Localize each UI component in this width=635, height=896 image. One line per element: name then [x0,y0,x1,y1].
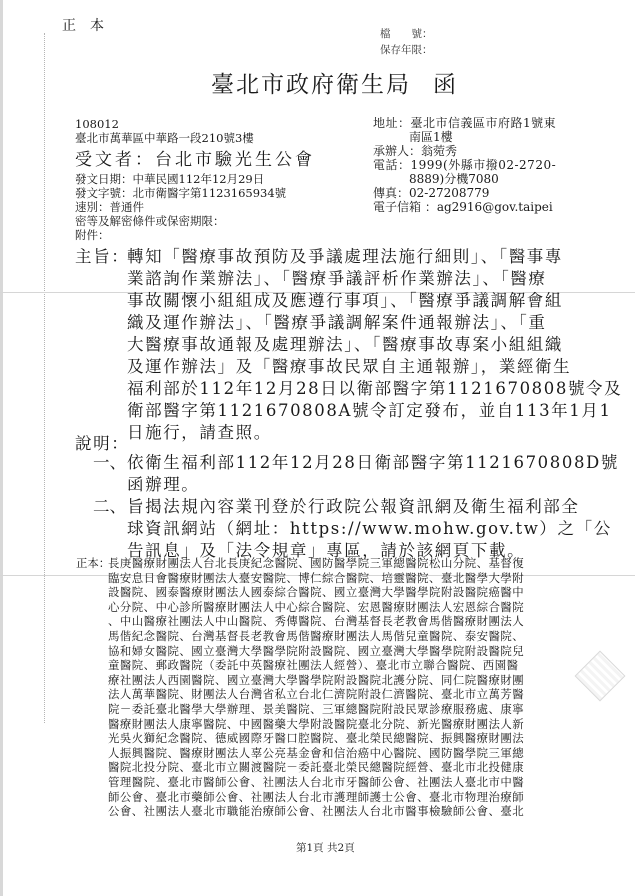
explanation-item-number: 一、 [93,452,126,474]
confidentiality: 密等及解密條件或保密期限： [75,214,225,228]
copy-type: 正本 [62,15,118,35]
copies-to-label: 正本： [76,556,110,571]
subject-line: 業諮詢作業辦法」、「醫療爭議評析作業辦法」、「醫療 [127,268,622,290]
sender-address-cont: 南區1樓 [409,130,453,144]
phone-cont: 8889)分機7080 [409,172,499,186]
explanation-label: 說明： [75,430,129,454]
email: 電子信箱 ：ag2916@gov.taipei [373,200,553,214]
explanation-line: 依衛生福利部112年12月28日衛部醫字第1121670808D號 [127,452,619,474]
copies-to-line: 人振興醫院、醫療財團法人辜公亮基金會和信治癌中心醫院、國防醫學院三軍總 [108,746,524,761]
explanation-item-2: 旨揭法規內容業刊登於行政院公報資訊網及衛生福利部全 球資訊網站（網址：https… [127,496,612,562]
seal-stamp-icon [575,651,626,702]
issue-number: 發文字號：北市衛醫字第1123165934號 [75,186,286,200]
copies-to-line: 長庚醫療財團法人台北長庚紀念醫院、國防醫學院三軍總醫院松山分院、基督復 [108,556,524,571]
explanation-line: 球資訊網站（網址：https://www.mohw.gov.tw）之「公 [127,518,612,540]
copies-to-line: 光吳火獅紀念醫院、德威國際牙醫口腔醫院、臺北榮民總醫院、振興醫療財團法 [108,731,524,746]
subject-line: 事故關懷小組組成及應遵行事項」、「醫療爭議調解會組 [127,290,622,312]
issue-date: 發文日期：中華民國112年12月29日 [75,172,264,186]
copies-to-line: 童醫院、郵政醫院（委託中英醫療社團法人經營）、臺北市立聯合醫院、西園醫 [108,658,524,673]
file-number-label: 檔 號： [380,26,433,41]
subject-body: 轉知「醫療事故預防及爭議處理法施行細則」、「醫事專 業諮詢作業辦法」、「醫療爭議… [127,246,622,444]
copies-to-line: 院－委託臺北醫學大學辦理、景美醫院、三軍總醫院附設民眾診療服務處、康寧 [108,702,524,717]
subject-line: 衛部醫字第1121670808A號令訂定發布，並自113年1月1 [127,400,622,422]
phone: 電話：1999(外縣市撥02-2720- [373,158,556,172]
copies-to-line: 臨安息日會醫療財團法人臺安醫院、博仁綜合醫院、培靈醫院、臺北醫學大學附 [108,571,524,586]
delivery-speed: 速別：普通件 [75,200,144,214]
copies-to-line: 法人萬華醫院、財團法人台灣省私立台北仁濟院附設仁濟醫院、臺北市立萬芳醫 [108,687,524,702]
copies-to-line: 心分院、中心診所醫療財團法人中心綜合醫院、宏恩醫療財團法人宏恩綜合醫院 [108,600,524,615]
subject-label: 主旨： [75,246,129,268]
copies-to-line: 管理醫院、臺北市醫師公會、社團法人台北市牙醫師公會、社團法人臺北市中醫 [108,775,524,790]
recipient-postcode: 108012 [75,117,119,131]
copies-to-line: 醫院北投分院、臺北市立關渡醫院－委託臺北榮民總醫院經營、臺北市北投健康 [108,760,524,775]
attachments: 附件： [75,228,110,242]
retention-label: 保存年限： [380,42,433,57]
recipient-address: 臺北市萬華區中華路一段210號3樓 [75,131,254,145]
issuing-agency: 臺北市政府衛生局 [211,72,411,98]
subject-line: 福利部於112年12月28日以衛部醫字第1121670808號令及 [127,378,622,400]
contact-person: 承辦人：翁菀秀 [373,144,457,158]
page-title: 臺北市政府衛生局函 [211,66,458,99]
fax: 傳真：02-27208779 [373,186,489,200]
explanation-line: 函辦理。 [127,474,619,496]
page-number: 第1頁 共2頁 [296,840,355,855]
copies-to-line: 設醫院、國泰醫療財團法人國泰綜合醫院、國立臺灣大學醫學院附設醫院癌醫中 [108,585,524,600]
copies-to-line: 馬偕紀念醫院、台灣基督長老教會馬偕醫療財團法人馬偕兒童醫院、泰安醫院、 [108,629,524,644]
explanation-line: 旨揭法規內容業刊登於行政院公報資訊網及衛生福利部全 [127,496,612,518]
copies-to-list: 長庚醫療財團法人台北長庚紀念醫院、國防醫學院三軍總醫院松山分院、基督復 臨安息日… [108,556,524,819]
copies-to-line: 療社團法人西園醫院、國立臺灣大學醫學院附設醫院北護分院、同仁院醫療財團 [108,673,524,688]
binding-line [44,33,45,723]
copies-to-line: 公會、社團法人臺北市職能治療師公會、社團法人台北市醫事檢驗師公會、臺北 [108,804,524,819]
subject-line: 日施行，請查照。 [127,422,622,444]
subject-line: 大醫療事故通報及處理辦法」、「醫療事故專案小組組織 [127,334,622,356]
subject-line: 及運作辦法」及「醫療事故民眾自主通報辦」，業經衛生 [127,356,622,378]
copies-to-line: 協和婦女醫院、國立臺灣大學醫學院附設醫院、國立臺灣大學醫學院附設醫院兒 [108,644,524,659]
copies-to-line: 師公會、臺北市藥師公會、社團法人台北市護理師護士公會、臺北市物理治療師 [108,790,524,805]
copies-to-line: 、中山醫療社團法人中山醫院、秀傳醫院、台灣基督長老教會馬偕醫療財團法人 [108,614,524,629]
copies-to-line: 醫療財團法人康寧醫院、中國醫藥大學附設醫院臺北分院、新光醫療財團法人新 [108,717,524,732]
explanation-item-1: 依衛生福利部112年12月28日衛部醫字第1121670808D號 函辦理。 [127,452,619,496]
sender-address: 地址：臺北市信義區市府路1號東 [373,116,556,130]
subject-line: 織及運作辦法」、「醫療爭議調解案件通報辦法」、「重 [127,312,622,334]
recipient: 受文者：台北市驗光生公會 [75,145,315,170]
document-type: 函 [433,72,458,98]
scan-edge [0,0,3,896]
subject-line: 轉知「醫療事故預防及爭議處理法施行細則」、「醫事專 [127,246,622,268]
explanation-item-number: 二、 [93,496,126,518]
